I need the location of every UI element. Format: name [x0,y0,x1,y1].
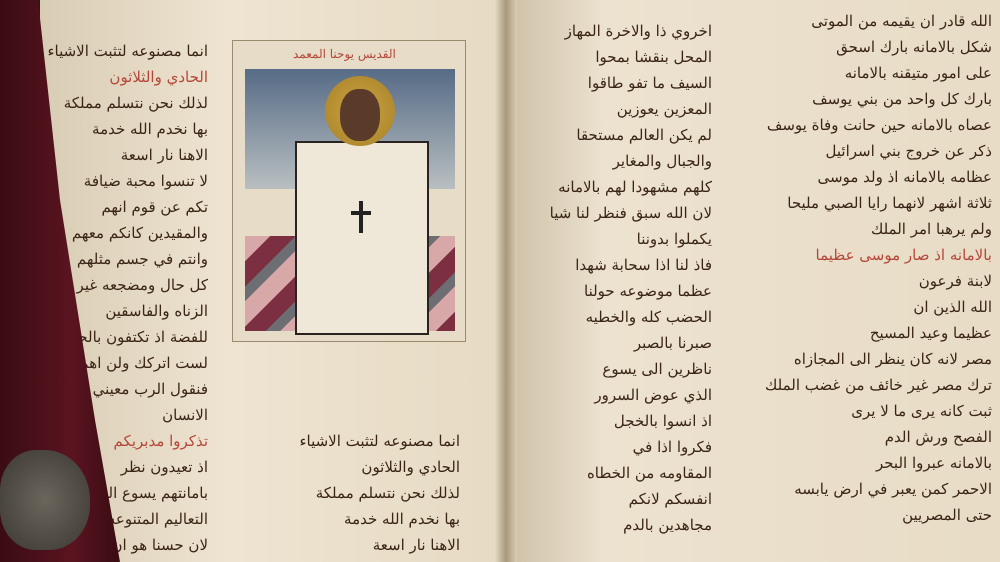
text-line: بالامانه اذ صار موسى عظيما [722,242,992,268]
text-line: بالامانه عبروا البحر [722,450,992,476]
text-line: مجاهدين بالدم [512,512,712,538]
text-line: بارك كل واحد من بني يوسف [722,86,992,112]
text-line: الحادي والثلاثون [230,454,460,480]
text-line: الاحمر كمن يعبر في ارض يابسه [722,476,992,502]
vestment [295,141,429,335]
text-line: مصر لانه كان ينظر الى المجازاه [722,346,992,372]
text-line: الحادي والثلاثون [48,64,208,90]
text-line: الاهنا نار اسعة [230,532,460,558]
text-line: الله قادر ان يقيمه من الموتى [722,8,992,34]
text-line: فاذ لنا اذا سحابة شهدا [512,252,712,278]
text-line: ترك مصر غير خائف من غضب الملك [722,372,992,398]
text-line: فكروا اذا في [512,434,712,460]
text-line: لذلك نحن نتسلم مملكة [48,90,208,116]
text-line: لا تنسوا محبة ضيافة [48,168,208,194]
miniature-caption: القديس يوحنا المعمد [293,47,396,61]
left-lower-text: انما مصنوعه لتثبت الاشياءالحادي والثلاثو… [230,428,460,558]
text-line: الذي عوض السرور [512,382,712,408]
text-line: الله الذين ان [722,294,992,320]
text-line: ناظرين الى يسوع [512,356,712,382]
saint-face [340,89,380,141]
text-line: والجبال والمغاير [512,148,712,174]
manuscript-photo: انما مصنوعه لتثبت الاشياءالحادي والثلاثو… [0,0,1000,562]
text-line: حتى المصريين [722,502,992,528]
text-line: المحل بنقشا بمحوا [512,44,712,70]
text-line: اخروي ذا والاخرة المهاز [512,18,712,44]
right-text-col1: اخروي ذا والاخرة المهازالمحل بنقشا بمحوا… [512,18,712,538]
text-line: ثلاثة اشهر لانهما رايا الصبي مليحا [722,190,992,216]
text-line: ثبت كانه يرى ما لا يرى [722,398,992,424]
text-line: والمقيدين كانكم معهم [48,220,208,246]
text-line: على امور متيقنه بالامانه [722,60,992,86]
text-line: وانتم في جسم مثلهم [48,246,208,272]
text-line: شكل بالامانه بارك اسحق [722,34,992,60]
cross-icon [351,201,371,233]
text-line: لابنة فرعون [722,268,992,294]
text-line: الاهنا نار اسعة [48,142,208,168]
text-line: بها نخدم الله خدمة [230,506,460,532]
text-line: انفسكم لانكم [512,486,712,512]
text-line: لان الله سبق فنظر لنا شيا [512,200,712,226]
text-line: عظما موضوعه حولنا [512,278,712,304]
text-line: انما مصنوعه لتثبت الاشياء [230,428,460,454]
text-line: المقاومه من الخطاه [512,460,712,486]
saint-miniature: القديس يوحنا المعمد [232,40,466,342]
text-line: ولم يرهبا امر الملك [722,216,992,242]
text-line: ذكر عن خروج بني اسرائيل [722,138,992,164]
text-line: عظيما وعيد المسيح [722,320,992,346]
text-line: انما مصنوعه لتثبت الاشياء [48,38,208,64]
text-line: عصاه بالامانه حين حانت وفاة يوسف [722,112,992,138]
text-line: لم يكن العالم مستحقا [512,122,712,148]
text-line: السيف ما تفو طاقوا [512,70,712,96]
metal-clasp [0,450,90,550]
text-line: تكم عن قوم انهم [48,194,208,220]
text-line: المعزين يعوزين [512,96,712,122]
text-line: صبرنا بالصبر [512,330,712,356]
text-line: الحضب كله والخطيه [512,304,712,330]
text-line: اذ انسوا بالخجل [512,408,712,434]
text-line: لذلك نحن نتسلم مملكة [230,480,460,506]
text-line: الفصح ورش الدم [722,424,992,450]
text-line: يكملوا بدوننا [512,226,712,252]
text-line: بها نخدم الله خدمة [48,116,208,142]
text-line: عظامه بالامانه اذ ولد موسى [722,164,992,190]
text-line: كلهم مشهودا لهم بالامانه [512,174,712,200]
right-text-col2: الله قادر ان يقيمه من الموتىشكل بالامانه… [722,8,992,528]
